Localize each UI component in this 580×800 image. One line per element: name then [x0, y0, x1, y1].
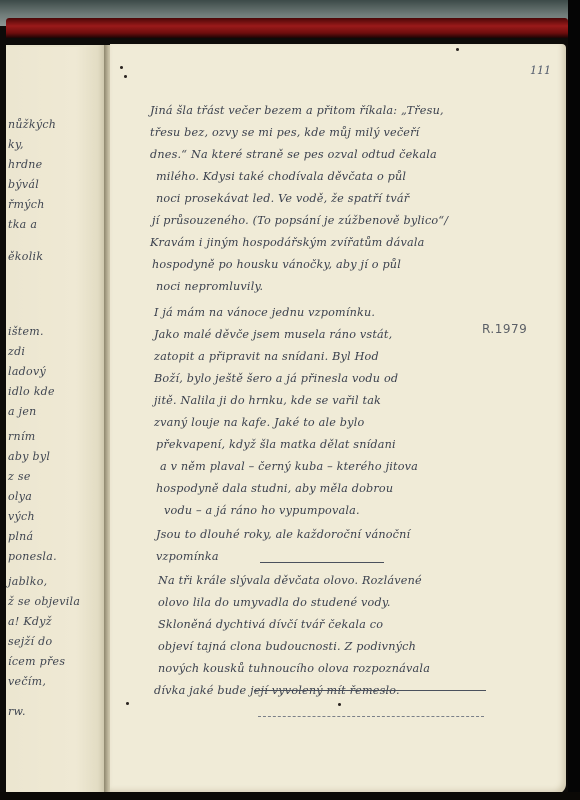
handwritten-line: noci nepromluvily.: [156, 280, 263, 293]
handwritten-line: Kravám i jiným hospodářským zvířatům dáv…: [150, 236, 425, 249]
archive-reference-mark: R.1979: [482, 322, 527, 336]
left-page-fragment: rw.: [8, 705, 26, 718]
handwritten-line: nových kousků tuhnoucího olova rozpoznáv…: [158, 662, 430, 675]
left-page-fragment: ícem přes: [8, 655, 65, 668]
left-page-fragment: olyа: [8, 490, 32, 503]
left-page-fragment: nůžkých: [8, 118, 56, 131]
handwritten-line: třesu bez, ozvy se mi pes, kde můj milý …: [150, 126, 419, 139]
left-page-fragment: ištem.: [8, 325, 44, 338]
underline-rule: [260, 562, 384, 563]
left-page-tab: [6, 45, 84, 47]
ink-dot: [124, 75, 127, 78]
handwritten-line: olovo lila do umyvadla do studené vody.: [158, 596, 391, 609]
handwritten-line: zatopit a připravit na snídani. Byl Hod: [154, 350, 379, 363]
handwritten-line: zvaný louje na kafe. Jaké to ale bylo: [154, 416, 364, 429]
left-page-fragment: ky,: [8, 138, 24, 151]
handwritten-line: jitě. Nalila ji do hrnku, kde se vařil t…: [154, 394, 381, 407]
left-page-fragment: řmých: [8, 198, 45, 211]
left-page-fragment: plná: [8, 530, 33, 543]
left-page-fragment: sejží do: [8, 635, 52, 648]
handwritten-line: Boží, bylo ještě šero a já přinesla vodu…: [154, 372, 398, 385]
page-number: 111: [530, 64, 551, 77]
left-page-fragment: ěkolik: [8, 250, 43, 263]
left-page-fragment: večím,: [8, 675, 46, 688]
ink-dot: [126, 702, 129, 705]
left-page-fragment: tka a: [8, 218, 37, 231]
left-page: nůžkýchky,hrdnebýválřmýchtka aěkolikište…: [6, 45, 106, 795]
handwritten-line: vzpomínka: [156, 550, 219, 563]
ink-dot: [338, 703, 341, 706]
handwritten-line: vodu – a já ráno ho vypumpovala.: [164, 504, 360, 517]
left-page-fragment: hrdne: [8, 158, 42, 171]
handwritten-line: hospodyně po housku vánočky, aby jí o pů…: [152, 258, 401, 271]
left-page-fragment: vých: [8, 510, 35, 523]
handwritten-line: milého. Kdysi také chodívala děvčata o p…: [156, 170, 406, 183]
left-page-fragment: a jen: [8, 405, 37, 418]
left-page-fragment: aby byl: [8, 450, 50, 463]
handwritten-line: noci prosekávat led. Ve vodě, že spatří …: [156, 192, 409, 205]
handwritten-line: Jako malé děvče jsem musela ráno vstát,: [154, 328, 392, 341]
handwritten-line: Na tři krále slývala děvčata olovo. Rozl…: [158, 574, 422, 587]
handwritten-line: Jiná šla třást večer bezem a přitom říka…: [150, 104, 444, 117]
left-page-fragment: a! Když: [8, 615, 52, 628]
left-page-fragment: rním: [8, 430, 36, 443]
handwritten-line: I já mám na vánoce jednu vzpomínku.: [154, 306, 375, 319]
handwritten-line: překvapení, když šla matka dělat snídani: [156, 438, 396, 451]
ink-dot: [120, 66, 123, 69]
left-page-fragment: idlo kde: [8, 385, 55, 398]
right-page: 111 R.1979 Jiná šla třást večer bezem a …: [110, 44, 566, 794]
left-page-fragment: z se: [8, 470, 31, 483]
left-page-fragment: ladový: [8, 365, 46, 378]
underline-rule: [254, 690, 486, 691]
red-book-cover-edge: [6, 18, 568, 38]
handwritten-line: dnes.“ Na které straně se pes ozval odtu…: [150, 148, 437, 161]
handwritten-line: jí průsouzeného. (To popsání je zúžbenov…: [152, 214, 448, 227]
handwritten-line: Jsou to dlouhé roky, ale každoroční váno…: [156, 528, 410, 541]
left-page-fragment: zdi: [8, 345, 25, 358]
scan-border-right: [568, 0, 580, 800]
dashed-rule: [258, 716, 484, 718]
scan-border-bottom: [0, 792, 580, 800]
manuscript-scan: nůžkýchky,hrdnebýválřmýchtka aěkolikište…: [0, 0, 580, 800]
handwritten-line: hospodyně dala studni, aby měla dobrou: [156, 482, 393, 495]
left-page-fragment: bývál: [8, 178, 39, 191]
handwritten-line: objeví tajná clona budoucnosti. Z podivn…: [158, 640, 416, 653]
left-page-fragment: jablko,: [8, 575, 47, 588]
left-page-fragment: ponesla.: [8, 550, 57, 563]
ink-dot: [456, 48, 459, 51]
handwritten-line: Skloněná dychtivá dívčí tvář čekala co: [158, 618, 383, 631]
left-page-fragment: ž se objevila: [8, 595, 80, 608]
handwritten-line: a v něm plaval – černý kuba – kterého ji…: [160, 460, 418, 473]
